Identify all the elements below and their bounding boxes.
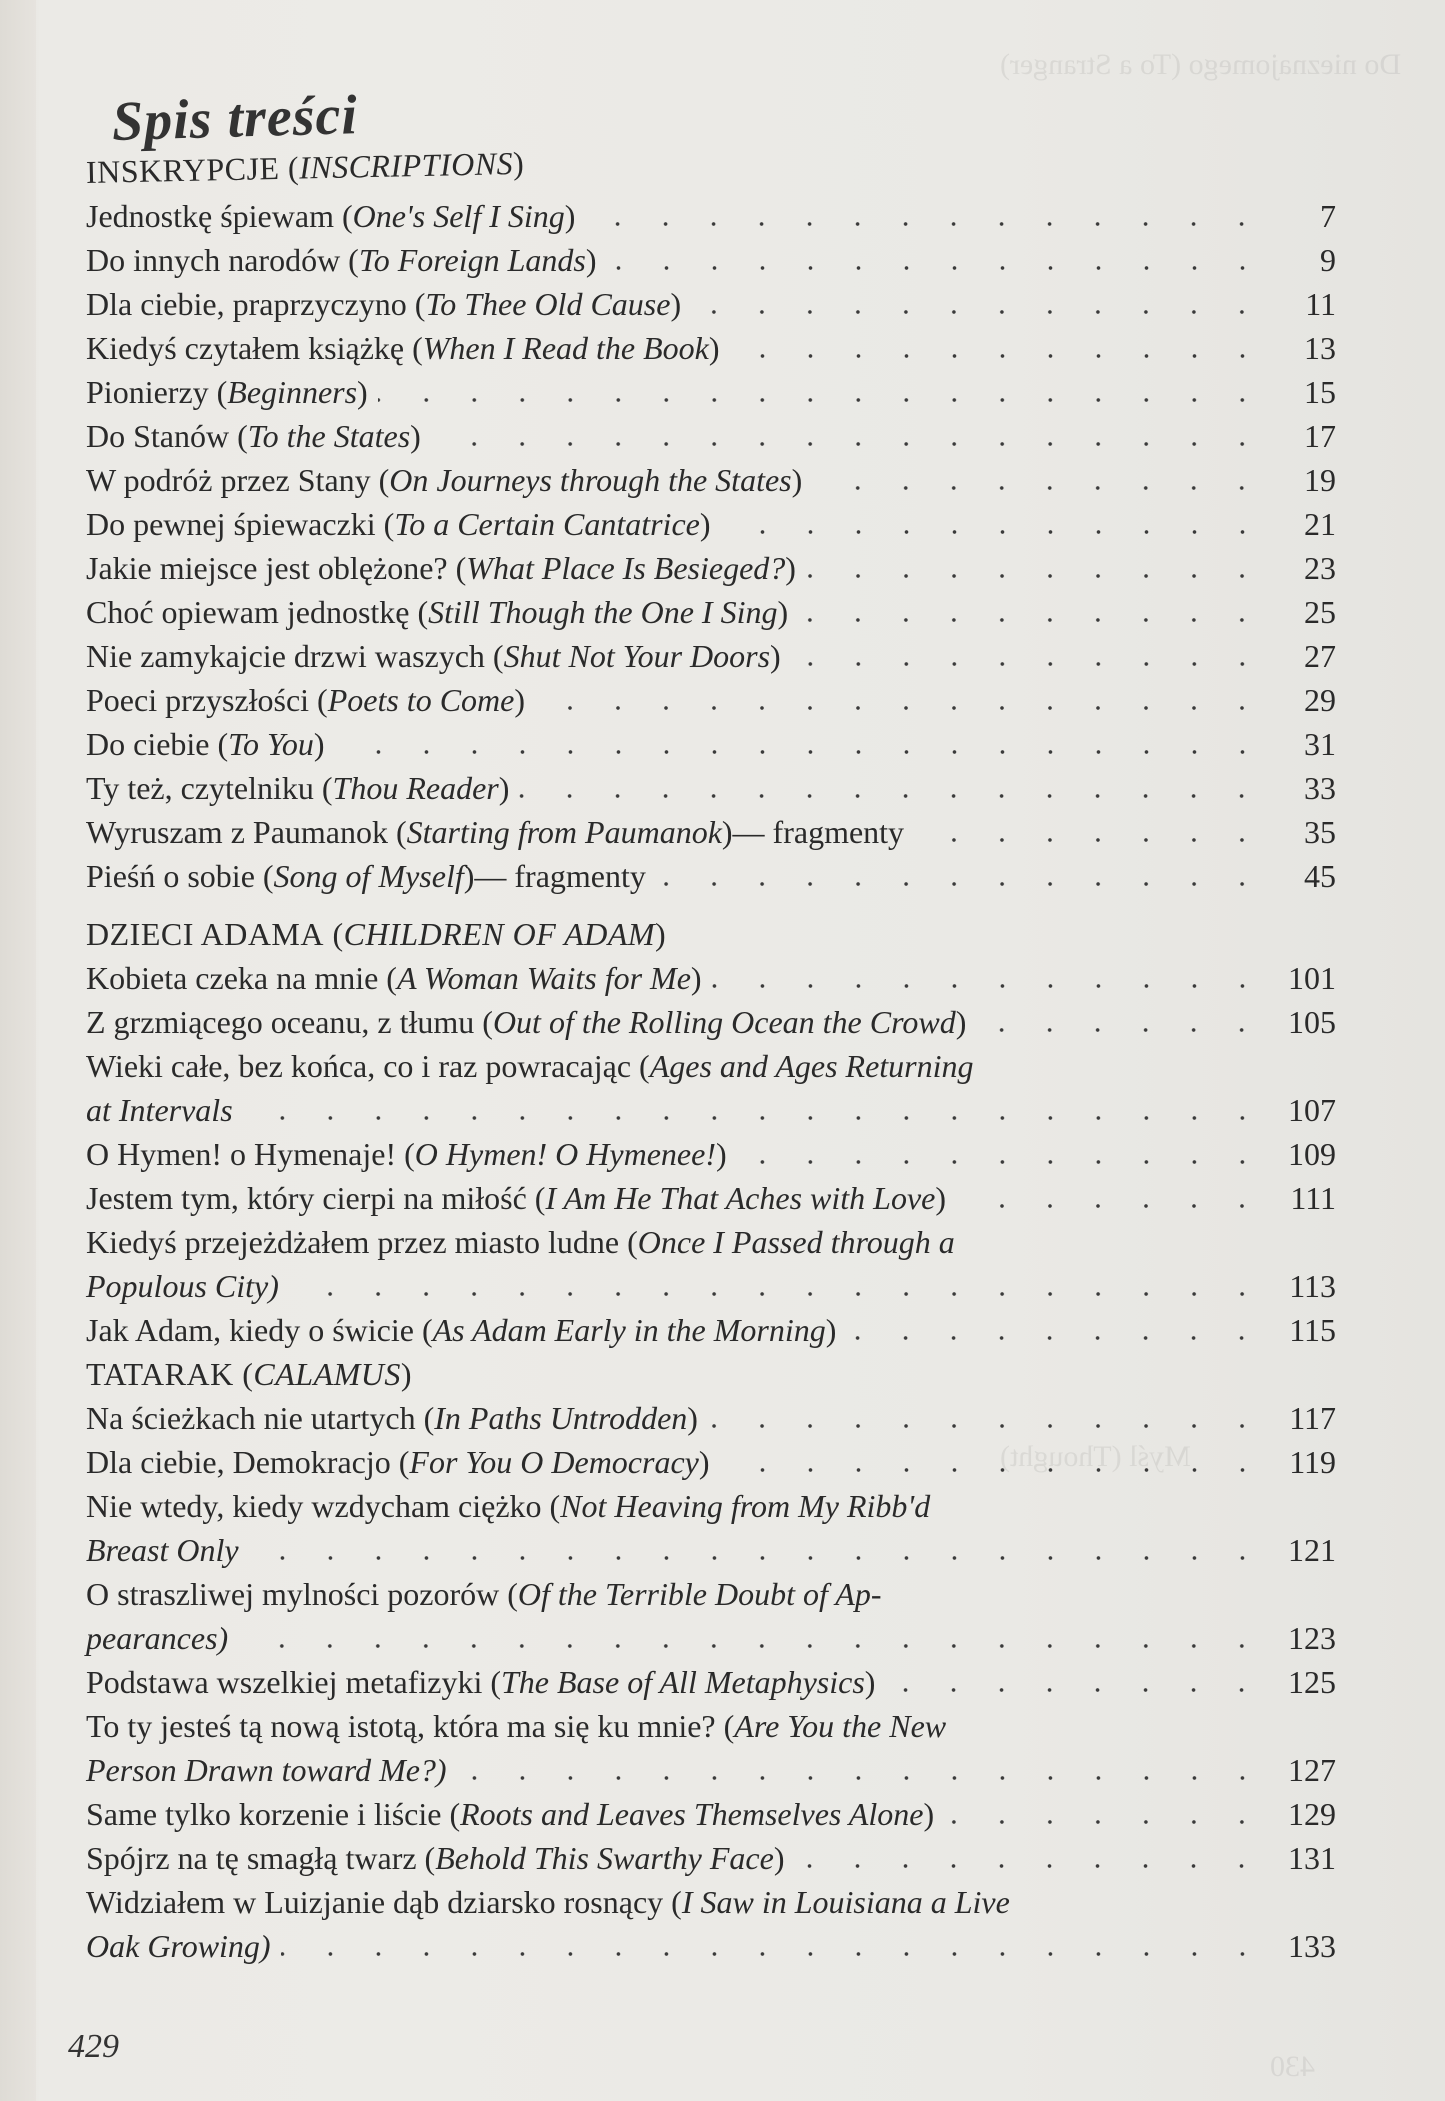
toc-entry[interactable]: Choć opiewam jednostkę (Still Though the…	[86, 590, 1336, 634]
section-title-pl: TATARAK	[86, 1352, 234, 1396]
entry-title-en: Roots and Leaves Themselves Alone	[460, 1792, 923, 1836]
toc-entry[interactable]: Poeci przyszłości (Poets to Come)29	[86, 678, 1336, 722]
entry-title-pl: Wieki całe, bez końca, co i raz powracaj…	[86, 1044, 631, 1088]
entry-title-pl: Jak Adam, kiedy o świcie	[86, 1308, 414, 1352]
dot-leader	[607, 241, 1267, 271]
dot-leader	[976, 1003, 1266, 1033]
entry-title-en-cont: Breast Only	[86, 1528, 239, 1572]
dot-leader	[243, 1091, 1266, 1121]
entry-title-en: Out of the Rolling Ocean the Crowd	[493, 1000, 956, 1044]
entry-title-en: In Paths Untrodden	[434, 1396, 687, 1440]
entry-title-en-cont: pearances)	[86, 1616, 228, 1660]
toc-entry-continuation[interactable]: Breast Only121	[86, 1528, 1336, 1572]
entry-title-en: To a Certain Cantatrice	[394, 502, 700, 546]
dot-leader	[956, 1179, 1266, 1209]
dot-leader	[885, 1663, 1266, 1693]
entry-title-en-cont: at Intervals	[86, 1088, 233, 1132]
table-of-contents: INSKRYPCJE (INSCRIPTIONS) Jednostkę śpie…	[86, 150, 1336, 1968]
toc-entry[interactable]: Jestem tym, który cierpi na miłość (I Am…	[86, 1176, 1336, 1220]
entry-page-number: 127	[1276, 1748, 1336, 1792]
toc-entry[interactable]: Z grzmiącego oceanu, z tłumu (Out of the…	[86, 1000, 1336, 1044]
dot-leader	[846, 1311, 1266, 1341]
entry-title-en: Song of Myself	[274, 854, 464, 898]
entry-title-pl: Choć opiewam jednostkę	[86, 590, 409, 634]
section-title-pl: DZIECI ADAMA	[86, 912, 324, 956]
dot-leader	[794, 1839, 1266, 1869]
entry-title-en: For You O Democracy	[409, 1440, 698, 1484]
entry-title-en: I Saw in Louisiana a Live	[682, 1880, 1010, 1924]
entry-title-pl: Jednostkę śpiewam	[86, 194, 334, 238]
section-heading-calamus: TATARAK (CALAMUS)	[86, 1352, 1336, 1396]
dot-leader	[519, 769, 1266, 799]
entry-page-number: 21	[1276, 502, 1336, 546]
entry-title-en: Still Though the One I Sing	[428, 590, 777, 634]
section-title-en: CHILDREN OF ADAM	[344, 912, 655, 956]
entry-title-en: Shut Not Your Doors	[504, 634, 770, 678]
entry-title-pl: Nie zamykajcie drzwi waszych	[86, 634, 485, 678]
entry-title-en-cont: Oak Growing)	[86, 1924, 271, 1968]
toc-entry[interactable]: Spójrz na tę smagłą twarz (Behold This S…	[86, 1836, 1336, 1880]
entry-title-pl: Podstawa wszelkiej metafizyki	[86, 1660, 482, 1704]
entry-title-pl: Same tylko korzenie i liście	[86, 1792, 441, 1836]
dot-leader	[585, 197, 1266, 227]
entry-suffix: — fragmenty	[474, 854, 646, 898]
toc-entry[interactable]: Pionierzy (Beginners)15	[86, 370, 1336, 414]
entry-page-number: 109	[1276, 1132, 1336, 1176]
dot-leader	[914, 813, 1266, 843]
toc-entry-continuation[interactable]: Person Drawn toward Me?)127	[86, 1748, 1336, 1792]
entry-title-en: When I Read the Book	[423, 326, 709, 370]
dot-leader	[737, 1135, 1266, 1165]
toc-entry[interactable]: Kiedyś przejeżdżałem przez miasto ludne …	[86, 1220, 1336, 1264]
section-entries: Na ścieżkach nie utartych (In Paths Untr…	[86, 1396, 1336, 1968]
entry-title-pl: Kiedyś czytałem książkę	[86, 326, 404, 370]
dot-leader	[730, 329, 1266, 359]
toc-entry[interactable]: Jak Adam, kiedy o świcie (As Adam Early …	[86, 1308, 1336, 1352]
entry-page-number: 17	[1276, 414, 1336, 458]
entry-title-en: What Place Is Besieged?	[466, 546, 785, 590]
toc-entry-continuation[interactable]: at Intervals107	[86, 1088, 1336, 1132]
dot-leader	[691, 285, 1266, 315]
entry-title-en: Poets to Come	[328, 678, 515, 722]
section-heading-children-of-adam: DZIECI ADAMA (CHILDREN OF ADAM)	[86, 912, 1336, 956]
entry-page-number: 25	[1276, 590, 1336, 634]
entry-title-en-cont: Populous City)	[86, 1264, 279, 1308]
entry-title-pl: Kiedyś przejeżdżałem przez miasto ludne	[86, 1220, 619, 1264]
entry-page-number: 7	[1276, 194, 1336, 238]
dot-leader	[656, 857, 1266, 887]
entry-title-en: Thou Reader	[333, 766, 499, 810]
entry-title-en: To Thee Old Cause	[425, 282, 670, 326]
dot-leader	[535, 681, 1266, 711]
bleed-through-text: Do nieznajomego (To a Stranger)	[1000, 48, 1401, 82]
dot-leader	[944, 1795, 1266, 1825]
toc-entry[interactable]: Ty też, czytelniku (Thou Reader)33	[86, 766, 1336, 810]
toc-entry[interactable]: Do pewnej śpiewaczki (To a Certain Canta…	[86, 502, 1336, 546]
toc-entry[interactable]: Na ścieżkach nie utartych (In Paths Untr…	[86, 1396, 1336, 1440]
toc-entry-continuation[interactable]: Oak Growing)133	[86, 1924, 1336, 1968]
page-gutter	[0, 0, 36, 2101]
entry-page-number: 45	[1276, 854, 1336, 898]
entry-page-number: 119	[1276, 1440, 1336, 1484]
entry-title-en: As Adam Early in the Morning	[433, 1308, 826, 1352]
toc-entry-continuation[interactable]: Populous City)113	[86, 1264, 1336, 1308]
entry-title-en: To the States	[248, 414, 410, 458]
toc-entry[interactable]: W podróż przez Stany (On Journeys throug…	[86, 458, 1336, 502]
entry-title-en: Not Heaving from My Ribb'd	[560, 1484, 930, 1528]
entry-title-en: Of the Terrible Doubt of Ap-	[518, 1572, 882, 1616]
entry-title-pl: Dla ciebie, praprzyczyno	[86, 282, 407, 326]
dot-leader	[791, 637, 1266, 667]
entry-title-en: Once I Passed through a	[638, 1220, 955, 1264]
entry-page-number: 15	[1276, 370, 1336, 414]
entry-title-pl: To ty jesteś tą nową istotą, która ma si…	[86, 1704, 716, 1748]
toc-entry[interactable]: Same tylko korzenie i liście (Roots and …	[86, 1792, 1336, 1836]
entry-title-pl: O straszliwej mylności pozorów	[86, 1572, 499, 1616]
entry-title-pl: Pionierzy	[86, 370, 209, 414]
entry-title-en: Beginners	[227, 370, 357, 414]
dot-leader	[812, 461, 1266, 491]
entry-title-pl: Pieśń o sobie	[86, 854, 255, 898]
entry-page-number: 131	[1276, 1836, 1336, 1880]
entry-title-pl: Do innych narodów	[86, 238, 340, 282]
dot-leader	[457, 1751, 1266, 1781]
entry-page-number: 117	[1276, 1396, 1336, 1440]
toc-entry[interactable]: To ty jesteś tą nową istotą, która ma si…	[86, 1704, 1336, 1748]
dot-leader	[249, 1531, 1266, 1561]
dot-leader	[281, 1927, 1266, 1957]
entry-title-pl: Kobieta czeka na mnie	[86, 956, 378, 1000]
page-title: Spis treści	[111, 83, 359, 154]
section-title-en: INSCRIPTIONS	[299, 141, 514, 189]
entry-page-number: 33	[1276, 766, 1336, 810]
entry-title-pl: Jestem tym, który cierpi na miłość	[86, 1176, 527, 1220]
entry-title-pl: Widziałem w Luizjanie dąb dziarsko rosną…	[86, 1880, 663, 1924]
dot-leader	[708, 1399, 1266, 1429]
entry-title-pl: Do pewnej śpiewaczki	[86, 502, 376, 546]
toc-entry[interactable]: Do innych narodów (To Foreign Lands)9	[86, 238, 1336, 282]
toc-entry[interactable]: Jednostkę śpiewam (One's Self I Sing)7	[86, 194, 1336, 238]
section-entries: Jednostkę śpiewam (One's Self I Sing)7Do…	[86, 194, 1336, 898]
entry-page-number: 9	[1276, 238, 1336, 282]
entry-page-number: 129	[1276, 1792, 1336, 1836]
toc-entry[interactable]: Nie wtedy, kiedy wzdycham ciężko (Not He…	[86, 1484, 1336, 1528]
entry-title-en: O Hymen! O Hymenee!	[415, 1132, 716, 1176]
toc-entry[interactable]: Do ciebie (To You)31	[86, 722, 1336, 766]
entry-title-pl: Jakie miejsce jest oblężone?	[86, 546, 448, 590]
entry-title-pl: Poeci przyszłości	[86, 678, 309, 722]
entry-title-en: Ages and Ages Returning	[650, 1044, 974, 1088]
entry-title-en: On Journeys through the States	[389, 458, 791, 502]
entry-title-en: To Foreign Lands	[359, 238, 586, 282]
entry-title-en: A Woman Waits for Me	[397, 956, 691, 1000]
entry-page-number: 101	[1276, 956, 1336, 1000]
entry-title-pl: Na ścieżkach nie utartych	[86, 1396, 416, 1440]
toc-entry[interactable]: Kiedyś czytałem książkę (When I Read the…	[86, 326, 1336, 370]
entry-page-number: 111	[1276, 1176, 1336, 1220]
entry-title-en-cont: Person Drawn toward Me?)	[86, 1748, 447, 1792]
page-number: 429	[68, 2028, 119, 2066]
toc-entry[interactable]: Widziałem w Luizjanie dąb dziarsko rosną…	[86, 1880, 1336, 1924]
toc-entry[interactable]: O straszliwej mylności pozorów (Of the T…	[86, 1572, 1336, 1616]
dot-leader	[712, 959, 1266, 989]
entry-page-number: 19	[1276, 458, 1336, 502]
entry-page-number: 121	[1276, 1528, 1336, 1572]
entry-page-number: 13	[1276, 326, 1336, 370]
entry-title-pl: Spójrz na tę smagłą twarz	[86, 1836, 417, 1880]
toc-entry[interactable]: Wieki całe, bez końca, co i raz powracaj…	[86, 1044, 1336, 1088]
entry-page-number: 11	[1276, 282, 1336, 326]
entry-page-number: 105	[1276, 1000, 1336, 1044]
entry-page-number: 123	[1276, 1616, 1336, 1660]
toc-entry[interactable]: Kobieta czeka na mnie (A Woman Waits for…	[86, 956, 1336, 1000]
entry-title-en: To You	[228, 722, 314, 766]
dot-leader	[378, 373, 1266, 403]
entry-page-number: 133	[1276, 1924, 1336, 1968]
entry-title-en: The Base of All Metaphysics	[501, 1660, 865, 1704]
entry-page-number: 35	[1276, 810, 1336, 854]
entry-page-number: 31	[1276, 722, 1336, 766]
dot-leader	[806, 549, 1266, 579]
dot-leader	[720, 1443, 1266, 1473]
toc-entry[interactable]: Dla ciebie, Demokracjo (For You O Democr…	[86, 1440, 1336, 1484]
entry-title-en: One's Self I Sing	[353, 194, 565, 238]
toc-entry[interactable]: Podstawa wszelkiej metafizyki (The Base …	[86, 1660, 1336, 1704]
toc-entry[interactable]: Dla ciebie, praprzyczyno (To Thee Old Ca…	[86, 282, 1336, 326]
entry-title-pl: Do ciebie	[86, 722, 210, 766]
toc-entry-continuation[interactable]: pearances)123	[86, 1616, 1336, 1660]
toc-entry[interactable]: Pieśń o sobie (Song of Myself) — fragmen…	[86, 854, 1336, 898]
section-title-en: CALAMUS	[253, 1352, 401, 1396]
entry-page-number: 125	[1276, 1660, 1336, 1704]
entry-page-number: 27	[1276, 634, 1336, 678]
toc-entry[interactable]: Nie zamykajcie drzwi waszych (Shut Not Y…	[86, 634, 1336, 678]
entry-title-pl: O Hymen! o Hymenaje!	[86, 1132, 396, 1176]
entry-title-pl: Dla ciebie, Demokracjo	[86, 1440, 391, 1484]
entry-title-pl: Do Stanów	[86, 414, 229, 458]
entry-page-number: 113	[1276, 1264, 1336, 1308]
bleed-through-folio: 430	[1270, 2050, 1315, 2084]
dot-leader	[431, 417, 1266, 447]
entry-title-pl: Ty też, czytelniku	[86, 766, 314, 810]
entry-page-number: 29	[1276, 678, 1336, 722]
section-entries: Kobieta czeka na mnie (A Woman Waits for…	[86, 956, 1336, 1352]
dot-leader	[238, 1619, 1266, 1649]
entry-title-pl: W podróż przez Stany	[86, 458, 371, 502]
entry-suffix: — fragmenty	[733, 810, 905, 854]
toc-entry[interactable]: O Hymen! o Hymenaje! (O Hymen! O Hymenee…	[86, 1132, 1336, 1176]
dot-leader	[335, 725, 1266, 755]
entry-title-en: Starting from Paumanok	[407, 810, 722, 854]
entry-page-number: 107	[1276, 1088, 1336, 1132]
toc-entry[interactable]: Jakie miejsce jest oblężone? (What Place…	[86, 546, 1336, 590]
section-title-pl: INSKRYPCJE	[86, 146, 280, 194]
entry-title-en: Behold This Swarthy Face	[435, 1836, 774, 1880]
entry-page-number: 23	[1276, 546, 1336, 590]
entry-title-en: I Am He That Aches with Love	[545, 1176, 935, 1220]
entry-title-pl: Wyruszam z Paumanok	[86, 810, 388, 854]
dot-leader	[721, 505, 1267, 535]
dot-leader	[798, 593, 1266, 623]
toc-entry[interactable]: Wyruszam z Paumanok (Starting from Pauma…	[86, 810, 1336, 854]
toc-entry[interactable]: Do Stanów (To the States)17	[86, 414, 1336, 458]
entry-title-en: Are You the New	[734, 1704, 946, 1748]
dot-leader	[289, 1267, 1266, 1297]
entry-title-pl: Z grzmiącego oceanu, z tłumu	[86, 1000, 474, 1044]
entry-page-number: 115	[1276, 1308, 1336, 1352]
entry-title-pl: Nie wtedy, kiedy wzdycham ciężko	[86, 1484, 542, 1528]
